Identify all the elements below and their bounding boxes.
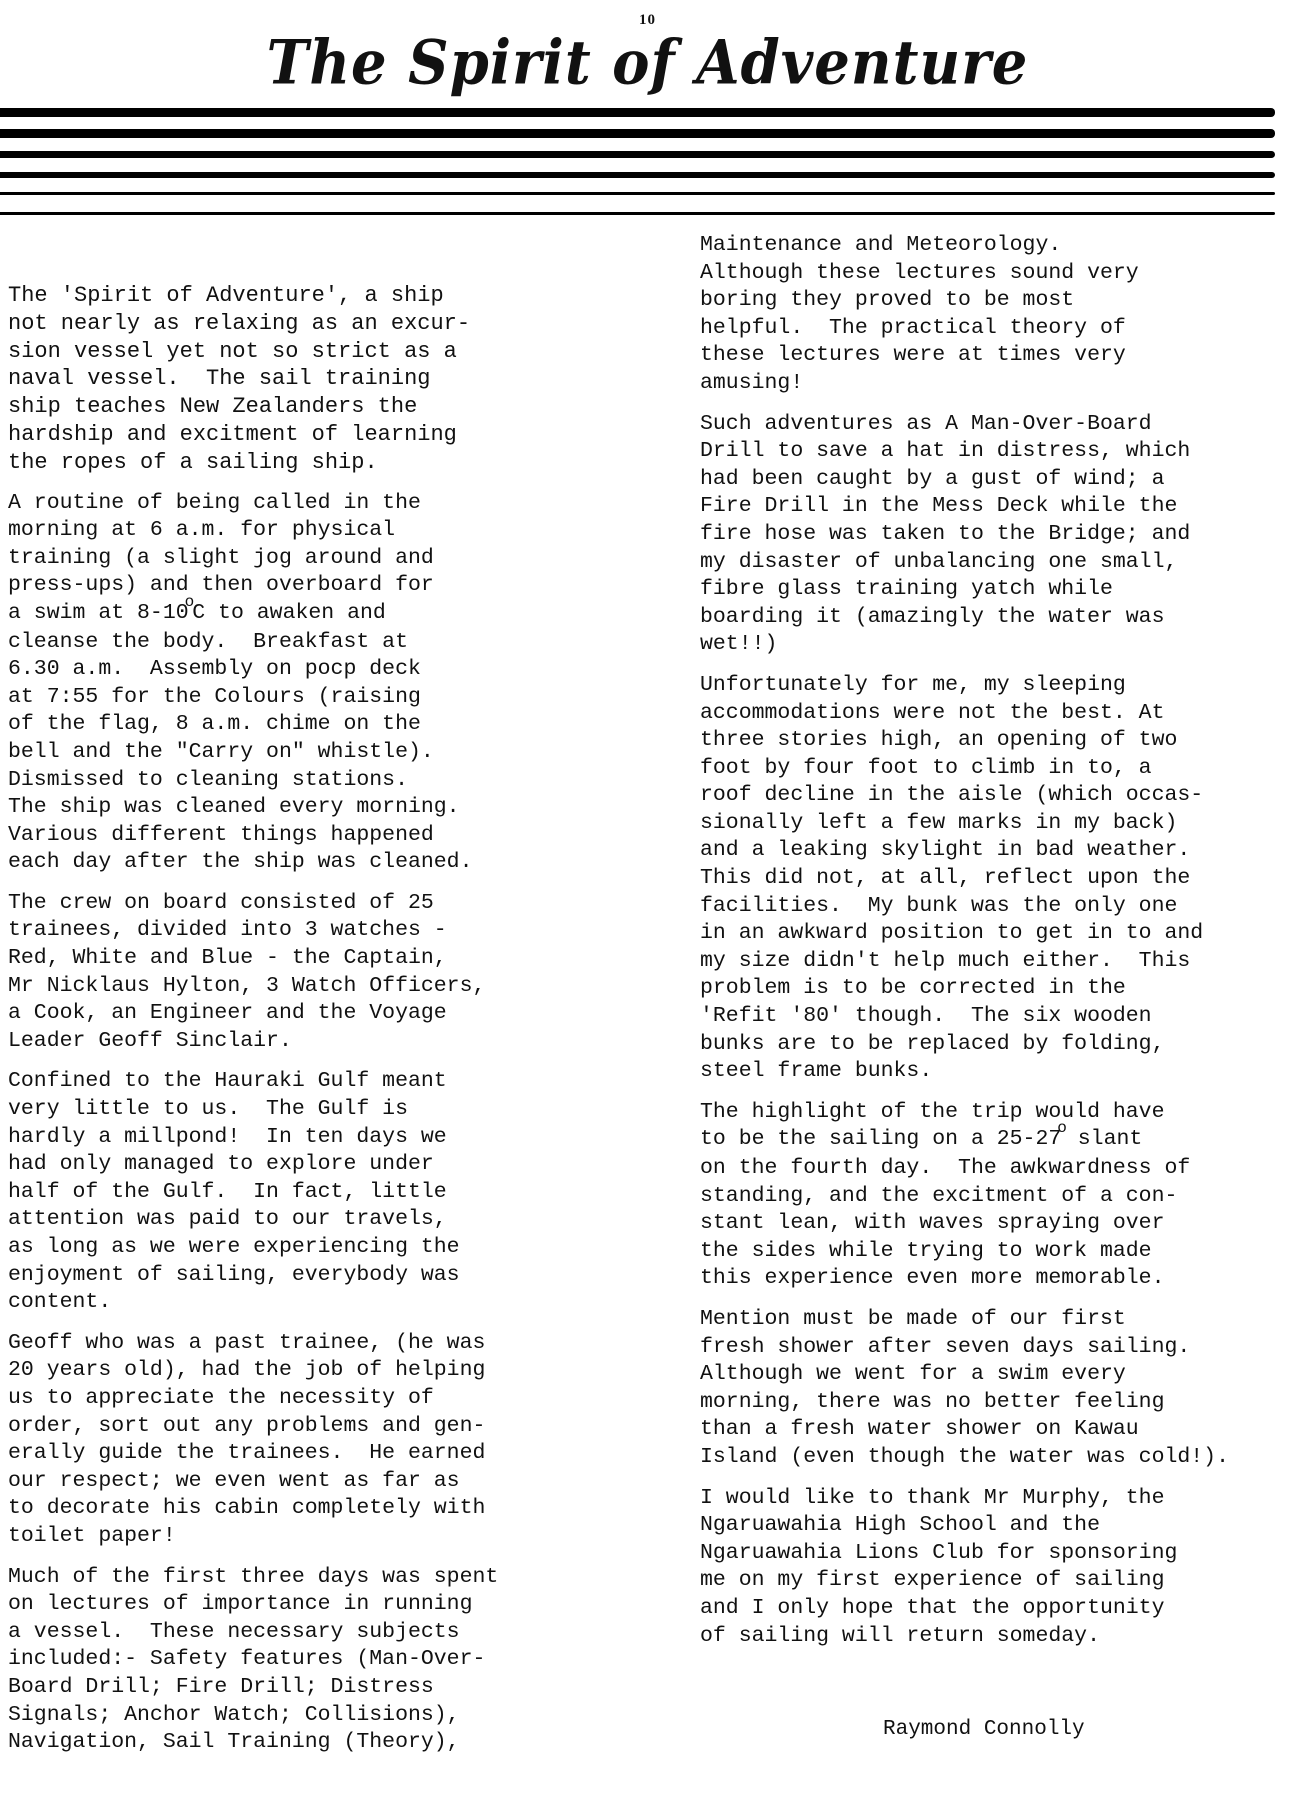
text-line: trainees, divided into 3 watches - [8,918,447,942]
text-line: enjoyment of sailing, everybody was [8,1263,460,1287]
text-line: ship teaches New Zealanders the [8,394,417,419]
text-line: 6.30 a.m. Assembly on pocp deck [8,657,421,681]
article-paragraph: The 'Spirit of Adventure', a ship not ne… [8,282,498,477]
text-line: a vessel. These necessary subjects [8,1620,460,1644]
text-line: press-ups) and then overboard for [8,573,434,597]
text-line: stant lean, with waves spraying over [700,1211,1164,1235]
header-rule [0,192,1275,195]
text-line: as long as we were experiencing the [8,1235,460,1259]
text-line: very little to us. The Gulf is [8,1097,408,1121]
text-line: each day after the ship was cleaned. [8,850,472,874]
text-line: toilet paper! [8,1524,176,1548]
article-paragraph: Geoff who was a past trainee, (he was 20… [8,1330,498,1551]
text-line: Unfortunately for me, my sleeping [700,673,1126,697]
text-line: Confined to the Hauraki Gulf meant [8,1069,447,1093]
text-line: three stories high, an opening of two [700,728,1177,752]
text-line: roof decline in the aisle (which occas- [700,783,1203,807]
article-paragraph: The highlight of the trip would have to … [700,1099,1229,1293]
text-line: Navigation, Sail Training (Theory), [8,1730,460,1754]
text-line: boring they proved to be most [700,288,1074,312]
text-line: morning, there was no better feeling [700,1390,1164,1414]
text-line: standing, and the excitment of a con- [700,1184,1177,1208]
text-line: facilities. My bunk was the only one [700,894,1177,918]
text-line: Much of the first three days was spent [8,1565,498,1589]
text-line: Various different things happened [8,823,434,847]
article-right-column: Maintenance and Meteorology. Although th… [700,232,1229,1663]
text-line: I would like to thank Mr Murphy, the [700,1486,1164,1510]
text-line: The crew on board consisted of 25 [8,891,434,915]
text-line: hardship and excitment of learning [8,422,457,447]
text-line: not nearly as relaxing as an excur- [8,311,470,336]
text-line: A routine of being called in the [8,491,421,515]
text-line: The ship was cleaned every morning. [8,795,460,819]
text-line: Geoff who was a past trainee, (he was [8,1331,485,1355]
article-paragraph: Unfortunately for me, my sleeping accomm… [700,672,1229,1086]
text-line: cleanse the body. Breakfast at [8,630,408,654]
text-line: to decorate his cabin completely with [8,1496,485,1520]
author-signature: Raymond Connolly [883,1717,1085,1743]
text-line: Such adventures as A Man-Over-Board [700,412,1152,436]
text-line: hardly a millpond! In ten days we [8,1125,447,1149]
text-line: than a fresh water shower on Kawau [700,1417,1139,1441]
text-line: the ropes of a sailing ship. [8,450,378,475]
text-line: helpful. The practical theory of [700,316,1126,340]
text-line: and I only hope that the opportunity [700,1596,1164,1620]
text-line: this experience even more memorable. [700,1266,1164,1290]
text-line: on lectures of importance in running [8,1592,472,1616]
text-line: at 7:55 for the Colours (raising [8,685,421,709]
text-line: on the fourth day. The awkwardness of [700,1156,1190,1180]
text-line: Drill to save a hat in distress, which [700,439,1190,463]
page-title: The Spirit of Adventure [0,25,1295,101]
article-paragraph: Maintenance and Meteorology. Although th… [700,232,1229,398]
text-line: Fire Drill in the Mess Deck while the [700,494,1177,518]
text-line: Maintenance and Meteorology. [700,233,1061,257]
text-line: Mention must be made of our first [700,1307,1126,1331]
text-line: Dismissed to cleaning stations. [8,768,408,792]
text-line: Although these lectures sound very [700,261,1139,285]
text-line: sion vessel yet not so strict as a [8,339,457,364]
text-line: The 'Spirit of Adventure', a ship [8,283,444,308]
article-paragraph: Mention must be made of our first fresh … [700,1306,1229,1472]
text-line: our respect; we even went as far as [8,1469,460,1493]
text-line: Red, White and Blue - the Captain, [8,946,447,970]
article-paragraph: Much of the first three days was spent o… [8,1564,498,1757]
text-line: Although we went for a swim every [700,1362,1126,1386]
text-line: The highlight of the trip would have [700,1100,1164,1124]
text-line: bell and the "Carry on" whistle). [8,740,434,764]
text-line: Island (even though the water was cold!)… [700,1445,1229,1469]
text-line: amusing! [700,371,803,395]
text-line: the sides while trying to work made [700,1239,1152,1263]
text-line: of the flag, 8 a.m. chime on the [8,712,421,736]
text-line: and a leaking skylight in bad weather. [700,838,1190,862]
article-left-column: The 'Spirit of Adventure', a ship not ne… [8,282,498,1770]
header-rule [0,151,1275,158]
article-paragraph: Such adventures as A Man-Over-Board Dril… [700,411,1229,659]
text-line: naval vessel. The sail training [8,366,430,391]
text-line: 'Refit '80' though. The six wooden [700,1004,1152,1028]
text-line: attention was paid to our travels, [8,1207,447,1231]
header-rule [0,129,1275,138]
text-line: me on my first experience of sailing [700,1568,1164,1592]
text-line: fibre glass training yatch while [700,577,1113,601]
text-line: a swim at 8-10oC to awaken and [8,601,386,625]
text-line: problem is to be corrected in the [700,976,1126,1000]
text-line: had been caught by a gust of wind; a [700,467,1164,491]
text-line: of sailing will return someday. [700,1624,1100,1648]
text-line: had only managed to explore under [8,1152,434,1176]
text-line: Board Drill; Fire Drill; Distress [8,1675,434,1699]
text-line: This did not, at all, reflect upon the [700,866,1190,890]
text-line: Ngaruawahia High School and the [700,1513,1100,1537]
article-paragraph: Confined to the Hauraki Gulf meant very … [8,1068,498,1316]
text-line: fresh shower after seven days sailing. [700,1335,1190,1359]
article-paragraph: A routine of being called in the morning… [8,490,498,877]
text-line: content. [8,1290,111,1314]
text-line: these lectures were at times very [700,343,1126,367]
text-line: to be the sailing on a 25-27o slant [700,1127,1142,1151]
text-line: order, sort out any problems and gen- [8,1414,485,1438]
text-line: boarding it (amazingly the water was [700,605,1164,629]
header-rule [0,212,1275,215]
text-line: bunks are to be replaced by folding, [700,1032,1164,1056]
text-line: morning at 6 a.m. for physical [8,518,395,542]
text-line: us to appreciate the necessity of [8,1386,434,1410]
text-line: Leader Geoff Sinclair. [8,1029,292,1053]
text-line: Ngaruawahia Lions Club for sponsoring [700,1541,1177,1565]
text-line: my size didn't help much either. This [700,949,1190,973]
text-line: half of the Gulf. In fact, little [8,1180,447,1204]
text-line: included:- Safety features (Man-Over- [8,1647,485,1671]
text-line: sionally left a few marks in my back) [700,811,1177,835]
text-line: Signals; Anchor Watch; Collisions), [8,1703,460,1727]
text-line: foot by four foot to climb in to, a [700,756,1152,780]
header-rule [0,108,1275,117]
text-line: accommodations were not the best. At [700,701,1164,725]
text-line: 20 years old), had the job of helping [8,1358,485,1382]
text-line: wet!!) [700,632,777,656]
text-line: my disaster of unbalancing one small, [700,550,1177,574]
header-rule [0,172,1275,178]
text-line: a Cook, an Engineer and the Voyage [8,1001,447,1025]
text-line: in an awkward position to get in to and [700,921,1203,945]
text-line: steel frame bunks. [700,1059,932,1083]
text-line: erally guide the trainees. He earned [8,1441,485,1465]
text-line: fire hose was taken to the Bridge; and [700,522,1190,546]
article-paragraph: I would like to thank Mr Murphy, the Nga… [700,1485,1229,1651]
article-paragraph: The crew on board consisted of 25 traine… [8,890,498,1056]
text-line: Mr Nicklaus Hylton, 3 Watch Officers, [8,974,485,998]
text-line: training (a slight jog around and [8,546,434,570]
